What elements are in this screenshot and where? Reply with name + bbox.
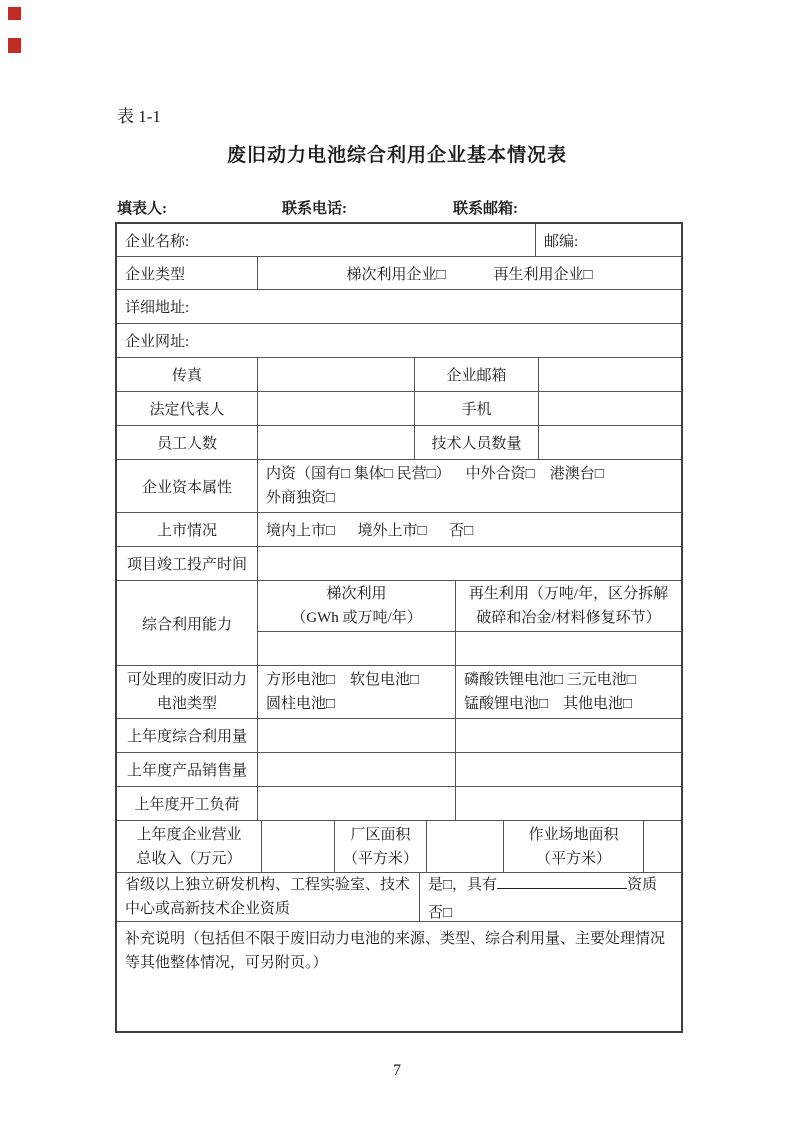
address-label: 详细地址: <box>125 296 673 317</box>
fax-value-cell <box>258 358 415 391</box>
website-label: 企业网址: <box>125 330 673 351</box>
table-row-capital: 企业资本属性 内资（国有□ 集体□ 民营□） 中外合资□ 港澳台□ 外商独资□ <box>117 460 681 513</box>
contact-phone-label: 联系电话: <box>282 197 347 218</box>
table-row-address: 详细地址: <box>117 290 681 324</box>
factory-area-value-cell <box>427 821 504 872</box>
last-year-usage-value-cell-2 <box>456 719 681 752</box>
capacity-recycle-header-cell: 再生利用（万吨/年，区分拆解 破碎和冶金/材料修复环节） <box>456 581 681 631</box>
capital-label: 企业资本属性 <box>142 476 232 497</box>
form-table: 企业名称: 邮编: 企业类型 梯次利用企业□ 再生利用企业□ 详细地址: 企业网… <box>115 222 683 1033</box>
company-name-label: 企业名称: <box>125 230 527 251</box>
last-year-sales-value-cell-2 <box>456 753 681 786</box>
qualification-no-option: 否□ <box>428 901 673 922</box>
capacity-recycle-value-cell <box>456 632 681 665</box>
battery-chemistry-line1: 磷酸铁锂电池□ 三元电池□ <box>464 668 673 692</box>
fax-label-cell: 传真 <box>117 358 258 391</box>
postcode-label: 邮编: <box>544 230 673 251</box>
capacity-cascade-header-cell: 梯次利用 （GWh 或万吨/年） <box>258 581 456 631</box>
table-row-qualification: 省级以上独立研发机构、工程实验室、技术中心或高新技术企业资质 是□，具有资质 否… <box>117 873 681 922</box>
capacity-label-cell: 综合利用能力 <box>117 581 258 665</box>
table-row-capacity: 综合利用能力 梯次利用 （GWh 或万吨/年） 再生利用（万吨/年，区分拆解 破… <box>117 581 681 666</box>
notes-label: 补充说明（包括但不限于废旧动力电池的来源、类型、综合利用量、主要处理情况等其他整… <box>125 927 673 975</box>
completion-label-cell: 项目竣工投产时间 <box>117 547 258 580</box>
employees-label-cell: 员工人数 <box>117 426 258 459</box>
notes-cell: 补充说明（包括但不限于废旧动力电池的来源、类型、综合利用量、主要处理情况等其他整… <box>117 922 681 1031</box>
employees-label: 员工人数 <box>157 432 217 453</box>
company-email-label: 企业邮箱 <box>446 364 506 385</box>
page-title: 废旧动力电池综合利用企业基本情况表 <box>0 140 794 167</box>
company-type-label-cell: 企业类型 <box>117 257 258 289</box>
table-number-label: 表 1-1 <box>117 102 161 127</box>
table-row-battery-types: 可处理的废旧动力 电池类型 方形电池□ 软包电池□ 圆柱电池□ 磷酸铁锂电池□ … <box>117 666 681 719</box>
table-row-staff: 员工人数 技术人员数量 <box>117 426 681 460</box>
table-row-revenue-area: 上年度企业营业 总收入（万元） 厂区面积 （平方米） 作业场地面积 （平方米） <box>117 821 681 873</box>
capacity-cascade-header-line1: 梯次利用 <box>326 582 386 606</box>
battery-chemistry-line2: 锰酸锂电池□ 其他电池□ <box>464 692 673 716</box>
tech-staff-label: 技术人员数量 <box>431 432 521 453</box>
page-number: 7 <box>0 1062 794 1080</box>
last-year-usage-label-cell: 上年度综合利用量 <box>117 719 258 752</box>
revenue-label-cell: 上年度企业营业 总收入（万元） <box>117 821 262 872</box>
table-row-completion: 项目竣工投产时间 <box>117 547 681 581</box>
qualification-yes-suffix: 资质 <box>627 877 657 893</box>
battery-type-label-line1: 可处理的废旧动力 <box>127 668 247 692</box>
qualification-label-cell: 省级以上独立研发机构、工程实验室、技术中心或高新技术企业资质 <box>117 873 420 921</box>
company-type-label: 企业类型 <box>125 263 249 284</box>
postcode-label-cell: 邮编: <box>536 224 681 256</box>
legal-rep-value-cell <box>258 392 415 425</box>
battery-chemistry-options-cell: 磷酸铁锂电池□ 三元电池□ 锰酸锂电池□ 其他电池□ <box>456 666 681 718</box>
site-area-value-cell <box>644 821 681 872</box>
capital-options-line1: 内资（国有□ 集体□ 民营□） 中外合资□ 港澳台□ <box>266 462 673 486</box>
tech-staff-value-cell <box>539 426 681 459</box>
company-email-value-cell <box>539 358 681 391</box>
capacity-cascade-value-cell <box>258 632 456 665</box>
employees-value-cell <box>258 426 415 459</box>
qualification-yes-prefix: 是□，具有 <box>428 877 497 893</box>
header-fields: 填表人: 联系电话: 联系邮箱: <box>0 197 794 219</box>
last-year-load-value-cell-2 <box>456 787 681 820</box>
factory-area-label-line1: 厂区面积 <box>350 823 410 847</box>
site-area-label-line1: 作业场地面积 <box>528 823 618 847</box>
table-row-last-year-load: 上年度开工负荷 <box>117 787 681 821</box>
capacity-cascade-header-line2: （GWh 或万吨/年） <box>291 606 421 630</box>
company-email-label-cell: 企业邮箱 <box>415 358 539 391</box>
factory-area-label-cell: 厂区面积 （平方米） <box>335 821 427 872</box>
listing-label: 上市情况 <box>157 519 217 540</box>
revenue-label-line1: 上年度企业营业 <box>136 823 241 847</box>
company-name-label-cell: 企业名称: <box>117 224 536 256</box>
document-page: 表 1-1 废旧动力电池综合利用企业基本情况表 填表人: 联系电话: 联系邮箱:… <box>0 0 794 1123</box>
last-year-usage-label: 上年度综合利用量 <box>127 725 247 746</box>
table-row-fax-email: 传真 企业邮箱 <box>117 358 681 392</box>
site-area-label-line2: （平方米） <box>536 847 611 871</box>
company-type-options-cell: 梯次利用企业□ 再生利用企业□ <box>258 257 681 289</box>
listing-options-cell: 境内上市□ 境外上市□ 否□ <box>258 513 681 546</box>
qualification-options-cell: 是□，具有资质 否□ <box>420 873 681 921</box>
filler-name-label: 填表人: <box>117 197 167 218</box>
last-year-load-label: 上年度开工负荷 <box>134 793 239 814</box>
qualification-yes-line: 是□，具有资质 <box>428 873 673 894</box>
table-row-last-year-sales: 上年度产品销售量 <box>117 753 681 787</box>
company-type-option-recycle: 再生利用企业□ <box>494 263 593 284</box>
completion-value-cell <box>258 547 681 580</box>
battery-shape-line1: 方形电池□ 软包电池□ <box>266 668 447 692</box>
completion-label: 项目竣工投产时间 <box>127 553 247 574</box>
mobile-label-cell: 手机 <box>415 392 539 425</box>
red-square-marker-bottom <box>8 38 21 53</box>
battery-type-label-cell: 可处理的废旧动力 电池类型 <box>117 666 258 718</box>
site-area-label-cell: 作业场地面积 （平方米） <box>504 821 644 872</box>
capacity-recycle-header-line1: 再生利用（万吨/年，区分拆解 <box>469 582 668 606</box>
capital-options-cell: 内资（国有□ 集体□ 民营□） 中外合资□ 港澳台□ 外商独资□ <box>258 460 681 512</box>
legal-rep-label-cell: 法定代表人 <box>117 392 258 425</box>
battery-shape-line2: 圆柱电池□ <box>266 692 447 716</box>
red-square-marker-top <box>8 7 21 20</box>
table-row-listing: 上市情况 境内上市□ 境外上市□ 否□ <box>117 513 681 547</box>
table-row-notes: 补充说明（包括但不限于废旧动力电池的来源、类型、综合利用量、主要处理情况等其他整… <box>117 922 681 1031</box>
capacity-label: 综合利用能力 <box>142 613 232 634</box>
last-year-sales-value-cell-1 <box>258 753 456 786</box>
factory-area-label-line2: （平方米） <box>343 847 418 871</box>
table-row-last-year-usage: 上年度综合利用量 <box>117 719 681 753</box>
listing-label-cell: 上市情况 <box>117 513 258 546</box>
last-year-sales-label-cell: 上年度产品销售量 <box>117 753 258 786</box>
mobile-value-cell <box>539 392 681 425</box>
last-year-sales-label: 上年度产品销售量 <box>127 759 247 780</box>
fax-label: 传真 <box>172 364 202 385</box>
qualification-label: 省级以上独立研发机构、工程实验室、技术中心或高新技术企业资质 <box>125 873 411 921</box>
legal-rep-label: 法定代表人 <box>149 398 224 419</box>
revenue-label-line2: 总收入（万元） <box>136 847 241 871</box>
contact-email-label: 联系邮箱: <box>453 197 518 218</box>
qualification-fill-line <box>497 874 627 889</box>
table-row-company-name: 企业名称: 邮编: <box>117 224 681 257</box>
website-label-cell: 企业网址: <box>117 324 681 357</box>
table-row-website: 企业网址: <box>117 324 681 358</box>
capacity-header-subrow: 梯次利用 （GWh 或万吨/年） 再生利用（万吨/年，区分拆解 破碎和冶金/材料… <box>258 581 681 632</box>
battery-shape-options-cell: 方形电池□ 软包电池□ 圆柱电池□ <box>258 666 456 718</box>
table-row-company-type: 企业类型 梯次利用企业□ 再生利用企业□ <box>117 257 681 290</box>
last-year-load-value-cell-1 <box>258 787 456 820</box>
company-type-option-cascade: 梯次利用企业□ <box>346 263 445 284</box>
capacity-recycle-header-line2: 破碎和冶金/材料修复环节） <box>476 606 660 630</box>
tech-staff-label-cell: 技术人员数量 <box>415 426 539 459</box>
mobile-label: 手机 <box>461 398 491 419</box>
last-year-load-label-cell: 上年度开工负荷 <box>117 787 258 820</box>
table-row-legal-rep: 法定代表人 手机 <box>117 392 681 426</box>
address-label-cell: 详细地址: <box>117 290 681 323</box>
last-year-usage-value-cell-1 <box>258 719 456 752</box>
revenue-value-cell <box>262 821 335 872</box>
listing-options: 境内上市□ 境外上市□ 否□ <box>266 519 673 540</box>
battery-type-label-line2: 电池类型 <box>157 692 217 716</box>
capital-options-line2: 外商独资□ <box>266 486 673 510</box>
capital-label-cell: 企业资本属性 <box>117 460 258 512</box>
capacity-subgrid: 梯次利用 （GWh 或万吨/年） 再生利用（万吨/年，区分拆解 破碎和冶金/材料… <box>258 581 681 665</box>
capacity-value-subrow <box>258 632 681 665</box>
